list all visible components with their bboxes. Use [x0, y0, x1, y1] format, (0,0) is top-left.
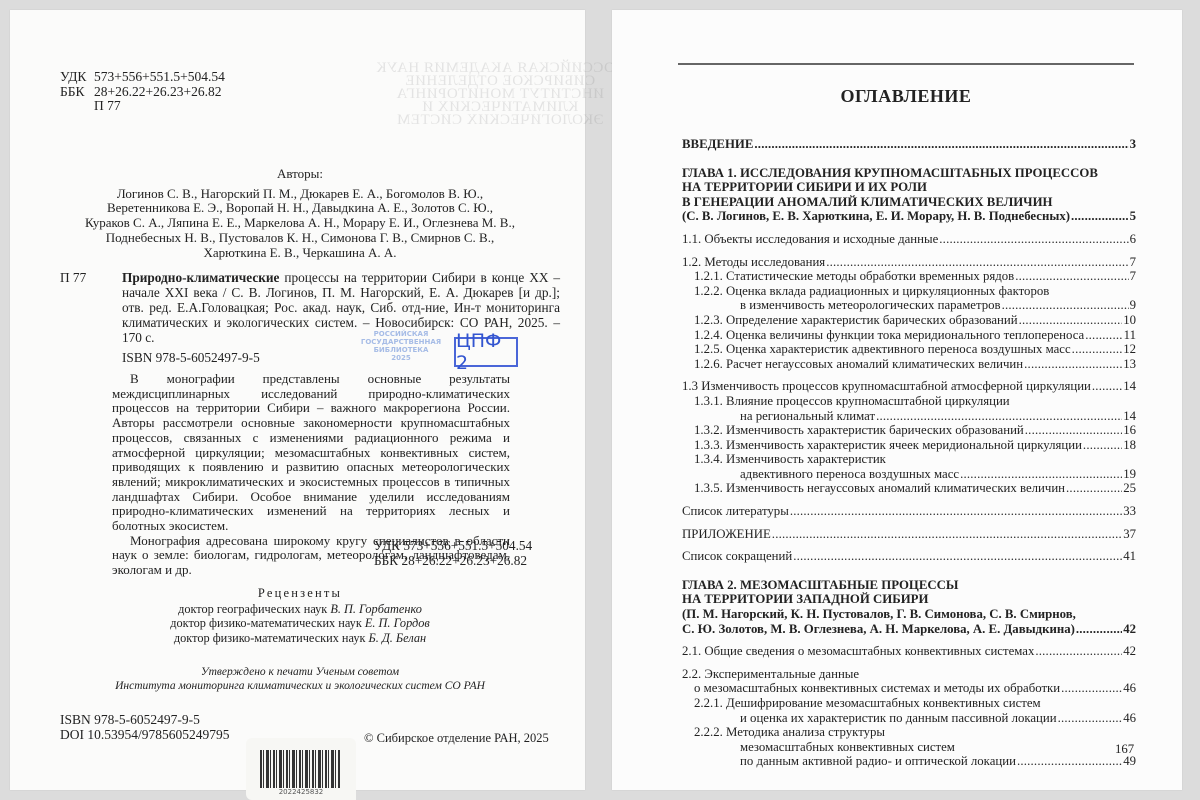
barcode-sticker: 2022425832: [246, 738, 356, 800]
toc-leader-dots: [790, 504, 1122, 519]
toc-entry[interactable]: 1.2.3. Определение характеристик баричес…: [694, 313, 1136, 328]
bbk-label: ББК: [60, 85, 94, 100]
stamp-line: 2025: [356, 354, 446, 362]
toc-entry[interactable]: 1.2.1. Статистические методы обработки в…: [694, 269, 1136, 284]
toc-page-number: 7: [1130, 269, 1136, 284]
cpf-stamp: ЦПФ 2: [454, 337, 518, 367]
header-rule: [678, 63, 1134, 65]
toc-page-number: 7: [1130, 255, 1136, 270]
toc-page-number: 16: [1123, 423, 1136, 438]
classification-repeat: УДК 573+556+551.5+504.54 ББК 28+26.22+26…: [374, 538, 532, 568]
toc-entry-title: о мезомасштабных конвективных системах и…: [694, 681, 1060, 696]
toc-page-number: 25: [1123, 481, 1136, 496]
toc-entry[interactable]: ПРИЛОЖЕНИЕ37: [682, 527, 1136, 542]
toc-entry-title: 1.1. Объекты исследования и исходные дан…: [682, 232, 938, 247]
toc-entry-title: 1.3.2. Изменчивость характеристик бариче…: [694, 423, 1024, 438]
library-stamp: РОССИЙСКАЯ ГОСУДАРСТВЕННАЯ БИБЛИОТЕКА 20…: [356, 330, 446, 362]
copyright: © Сибирское отделение РАН, 2025: [364, 731, 549, 746]
toc-leader-dots: [772, 527, 1122, 542]
page-number: 167: [1115, 742, 1134, 757]
toc-leader-dots: [960, 467, 1122, 482]
toc-leader-dots: [1071, 209, 1129, 224]
toc-entry-title: 1.3.5. Изменчивость негауссовых аномалий…: [694, 481, 1065, 496]
toc-page-number: 46: [1123, 681, 1136, 696]
bib-code: П 77: [60, 270, 86, 285]
toc-entry-title: на региональный климат: [740, 409, 875, 424]
toc-entry-title: 1.2.1. Статистические методы обработки в…: [694, 269, 1014, 284]
toc-entry-title: в изменчивость метеорологических парамет…: [740, 298, 1001, 313]
toc-leader-dots: [1072, 342, 1123, 357]
authors-line: Поднебесных Н. В., Пустовалов К. Н., Сим…: [60, 231, 540, 246]
stamp-line: ГОСУДАРСТВЕННАЯ: [356, 338, 446, 346]
toc-entry-title: 2.1. Общие сведения о мезомасштабных кон…: [682, 644, 1034, 659]
reviewer: доктор физико-математических наук Б. Д. …: [70, 631, 530, 646]
toc-entry-title: 1.3.1. Влияние процессов крупномасштабно…: [694, 394, 1010, 409]
authors-title: Авторы:: [60, 167, 540, 182]
toc-entry-title: и оценка их характеристик по данным пасс…: [740, 711, 1057, 726]
approval-note: Утверждено к печати Ученым советом Инсти…: [70, 666, 530, 693]
toc-entry-title: 1.2.3. Определение характеристик баричес…: [694, 313, 1018, 328]
reviewer: доктор географических наук В. П. Горбате…: [70, 602, 530, 617]
author-mark: П 77: [94, 99, 121, 114]
toc-entry[interactable]: Список сокращений41: [682, 549, 1136, 564]
toc-page-number: 9: [1130, 298, 1136, 313]
udk-label: УДК: [60, 70, 94, 85]
toc-entry-title: 1.3.4. Изменчивость характеристик: [694, 452, 886, 467]
udk-repeat: УДК 573+556+551.5+504.54: [374, 538, 532, 553]
toc-page-number: 41: [1123, 549, 1136, 564]
stamp-line: РОССИЙСКАЯ: [356, 330, 446, 338]
reviewer-degree: доктор географических наук: [178, 602, 330, 616]
toc-entry-title: 1.2.5. Оценка характеристик адвективного…: [694, 342, 1071, 357]
toc-entry[interactable]: 1.2. Методы исследования7: [682, 255, 1136, 270]
isbn-doi-block: ISBN 978-5-6052497-9-5 DOI 10.53954/9785…: [60, 713, 230, 742]
reviewers-block: Рецензенты доктор географических наук В.…: [70, 586, 530, 645]
toc-entry[interactable]: 1.3.4. Изменчивость характеристикадвекти…: [694, 452, 1136, 481]
toc-entry[interactable]: 1.3.2. Изменчивость характеристик бариче…: [694, 423, 1136, 438]
toc-page-number: 14: [1123, 379, 1136, 394]
authors-line: Кураков С. А., Ляпина Е. Е., Маркелова А…: [60, 216, 540, 231]
toc-entry[interactable]: 1.2.5. Оценка характеристик адвективного…: [694, 342, 1136, 357]
authors-line: Логинов С. В., Нагорский П. М., Дюкарев …: [60, 187, 540, 202]
bib-title: Природно-климатические: [122, 270, 279, 285]
toc-entry[interactable]: 1.2.6. Расчет негауссовых аномалий клима…: [694, 357, 1136, 372]
toc-leader-dots: [1092, 379, 1122, 394]
toc-entry-title: адвективного переноса воздушных масс: [740, 467, 959, 482]
toc-entry-title: 2.2.2. Методика анализа структуры: [694, 725, 885, 740]
doi: DOI 10.53954/9785605249795: [60, 728, 230, 743]
toc-entry-title: по данным активной радио- и оптической л…: [740, 754, 1016, 769]
table-of-contents: ВВЕДЕНИЕ3ГЛАВА 1. ИССЛЕДОВАНИЯ КРУПНОМАС…: [682, 132, 1136, 769]
toc-entry[interactable]: Список литературы33: [682, 504, 1136, 519]
bbk-repeat: ББК 28+26.22+26.23+26.82: [374, 553, 532, 568]
toc-entry-title: Список литературы: [682, 504, 789, 519]
toc-leader-dots: [1058, 711, 1123, 726]
toc-entry-title: (П. М. Нагорский, К. Н. Пустовалов, Г. В…: [682, 607, 1076, 622]
bbk-value: 28+26.22+26.23+26.82: [94, 85, 221, 100]
authors-line: Харюткина Е. В., Черкашина А. А.: [60, 246, 540, 261]
reviewer-degree: доктор физико-математических наук: [174, 631, 369, 645]
abstract-paragraph: В монографии представлены основные резул…: [112, 372, 510, 534]
toc-entry-title: С. Ю. Золотов, М. В. Оглезнева, А. Н. Ма…: [682, 622, 1075, 637]
toc-page-number: 10: [1123, 313, 1136, 328]
reviewer-name: Е. П. Гордов: [365, 616, 430, 630]
toc-entry-title: 2.2.1. Дешифрирование мезомасштабных кон…: [694, 696, 1041, 711]
toc-page-number: 42: [1123, 644, 1136, 659]
toc-entry-title: 1.3.3. Изменчивость характеристик ячеек …: [694, 438, 1082, 453]
toc-entry[interactable]: 1.3 Изменчивость процессов крупномасштаб…: [682, 379, 1136, 394]
toc-entry[interactable]: 2.2. Экспериментальные данныео мезомасшт…: [682, 667, 1136, 696]
toc-page-number: 5: [1130, 209, 1136, 224]
stamp-line: БИБЛИОТЕКА: [356, 346, 446, 354]
toc-entry[interactable]: 2.2.1. Дешифрирование мезомасштабных кон…: [694, 696, 1136, 725]
toc-page-number: 6: [1130, 232, 1136, 247]
toc-leader-dots: [1085, 328, 1122, 343]
toc-leader-dots: [1066, 481, 1122, 496]
toc-entry[interactable]: 1.3.5. Изменчивость негауссовых аномалий…: [694, 481, 1136, 496]
ghost-line: КЛИМАТИЧЕСКИХ И ЭКОЛОГИЧЕСКИХ СИСТЕМ: [355, 101, 645, 127]
classification-codes: УДК573+556+551.5+504.54 ББК28+26.22+26.2…: [60, 70, 225, 114]
left-page-imprint: РОССИЙСКАЯ АКАДЕМИЯ НАУК СИБИРСКОЕ ОТДЕЛ…: [10, 10, 585, 790]
toc-page-number: 19: [1123, 467, 1136, 482]
toc-entry[interactable]: ГЛАВА 1. ИССЛЕДОВАНИЯ КРУПНОМАСШТАБНЫХ П…: [682, 166, 1136, 224]
reviewer: доктор физико-математических наук Е. П. …: [70, 616, 530, 631]
isbn-bottom: ISBN 978-5-6052497-9-5: [60, 713, 230, 728]
toc-entry[interactable]: 1.3.3. Изменчивость характеристик ячеек …: [694, 438, 1136, 453]
toc-entry-title: 1.2.4. Оценка величины функции тока мери…: [694, 328, 1084, 343]
toc-entry-title: (С. В. Логинов, Е. В. Харюткина, Е. И. М…: [682, 209, 1070, 224]
toc-leader-dots: [1025, 423, 1122, 438]
toc-entry[interactable]: 1.3.1. Влияние процессов крупномасштабно…: [694, 394, 1136, 423]
toc-entry-title: ПРИЛОЖЕНИЕ: [682, 527, 771, 542]
toc-page-number: 14: [1123, 409, 1136, 424]
approval-line: Института мониторинга климатических и эк…: [70, 680, 530, 694]
toc-entry-title: 2.2. Экспериментальные данные: [682, 667, 859, 682]
toc-leader-dots: [1015, 269, 1128, 284]
toc-entry-title: НА ТЕРРИТОРИИ СИБИРИ И ИХ РОЛИ: [682, 180, 927, 195]
toc-entry-title: 1.3 Изменчивость процессов крупномасштаб…: [682, 379, 1091, 394]
toc-page-number: 46: [1123, 711, 1136, 726]
toc-entry-title: 1.2. Методы исследования: [682, 255, 825, 270]
toc-entry-title: ВВЕДЕНИЕ: [682, 137, 753, 152]
right-page-contents: ОГЛАВЛЕНИЕ ВВЕДЕНИЕ3ГЛАВА 1. ИССЛЕДОВАНИ…: [612, 10, 1182, 790]
toc-leader-dots: [754, 137, 1128, 152]
toc-leader-dots: [793, 549, 1122, 564]
toc-page-number: 42: [1123, 622, 1136, 637]
toc-leader-dots: [1061, 681, 1122, 696]
toc-leader-dots: [1083, 438, 1122, 453]
toc-entry-title: НА ТЕРРИТОРИИ ЗАПАДНОЙ СИБИРИ: [682, 592, 928, 607]
toc-entry-title: 1.2.6. Расчет негауссовых аномалий клима…: [694, 357, 1023, 372]
toc-leader-dots: [876, 409, 1122, 424]
toc-leader-dots: [1017, 754, 1122, 769]
toc-entry-title: ГЛАВА 1. ИССЛЕДОВАНИЯ КРУПНОМАСШТАБНЫХ П…: [682, 166, 1098, 181]
isbn-top: ISBN 978-5-6052497-9-5: [122, 350, 260, 366]
barcode-icon: [260, 750, 340, 788]
toc-page-number: 37: [1123, 527, 1136, 542]
toc-page-number: 11: [1124, 328, 1136, 343]
toc-leader-dots: [826, 255, 1128, 270]
toc-entry-title: ГЛАВА 2. МЕЗОМАСШТАБНЫЕ ПРОЦЕССЫ: [682, 578, 958, 593]
barcode-number: 2022425832: [246, 788, 356, 796]
bleed-through-text: РОССИЙСКАЯ АКАДЕМИЯ НАУК СИБИРСКОЕ ОТДЕЛ…: [355, 62, 645, 127]
reviewer-degree: доктор физико-математических наук: [170, 616, 365, 630]
toc-leader-dots: [1035, 644, 1122, 659]
reviewer-name: В. П. Горбатенко: [330, 602, 422, 616]
toc-entry[interactable]: ГЛАВА 2. МЕЗОМАСШТАБНЫЕ ПРОЦЕССЫНА ТЕРРИ…: [682, 578, 1136, 636]
toc-entry-title: мезомасштабных конвективных систем: [740, 740, 955, 755]
toc-leader-dots: [1019, 313, 1123, 328]
toc-entry[interactable]: ВВЕДЕНИЕ3: [682, 137, 1136, 152]
approval-line: Утверждено к печати Ученым советом: [70, 666, 530, 680]
toc-entry[interactable]: 1.1. Объекты исследования и исходные дан…: [682, 232, 1136, 247]
toc-entry[interactable]: 2.1. Общие сведения о мезомасштабных кон…: [682, 644, 1136, 659]
reviewer-name: Б. Д. Белан: [369, 631, 427, 645]
toc-page-number: 33: [1123, 504, 1136, 519]
toc-page-number: 12: [1123, 342, 1136, 357]
toc-entry-title: 1.2.2. Оценка вклада радиационных и цирк…: [694, 284, 1049, 299]
authors-line: Веретенникова Е. Э., Воропай Н. Н., Давы…: [60, 201, 540, 216]
authors-block: Авторы: Логинов С. В., Нагорский П. М., …: [60, 167, 540, 260]
toc-entry-title: Список сокращений: [682, 549, 792, 564]
toc-entry[interactable]: 2.2.2. Методика анализа структурымезомас…: [694, 725, 1136, 769]
toc-leader-dots: [1024, 357, 1122, 372]
udk-value: 573+556+551.5+504.54: [94, 70, 225, 85]
toc-entry-title: В ГЕНЕРАЦИИ АНОМАЛИЙ КЛИМАТИЧЕСКИХ ВЕЛИЧ…: [682, 195, 1052, 210]
toc-page-number: 18: [1123, 438, 1136, 453]
toc-page-number: 3: [1130, 137, 1136, 152]
page-title: ОГЛАВЛЕНИЕ: [678, 86, 1134, 107]
toc-entry[interactable]: 1.2.4. Оценка величины функции тока мери…: [694, 328, 1136, 343]
reviewers-title: Рецензенты: [70, 586, 530, 601]
toc-entry[interactable]: 1.2.2. Оценка вклада радиационных и цирк…: [694, 284, 1136, 313]
toc-leader-dots: [1076, 622, 1122, 637]
toc-page-number: 13: [1123, 357, 1136, 372]
toc-leader-dots: [1002, 298, 1129, 313]
toc-leader-dots: [939, 232, 1128, 247]
